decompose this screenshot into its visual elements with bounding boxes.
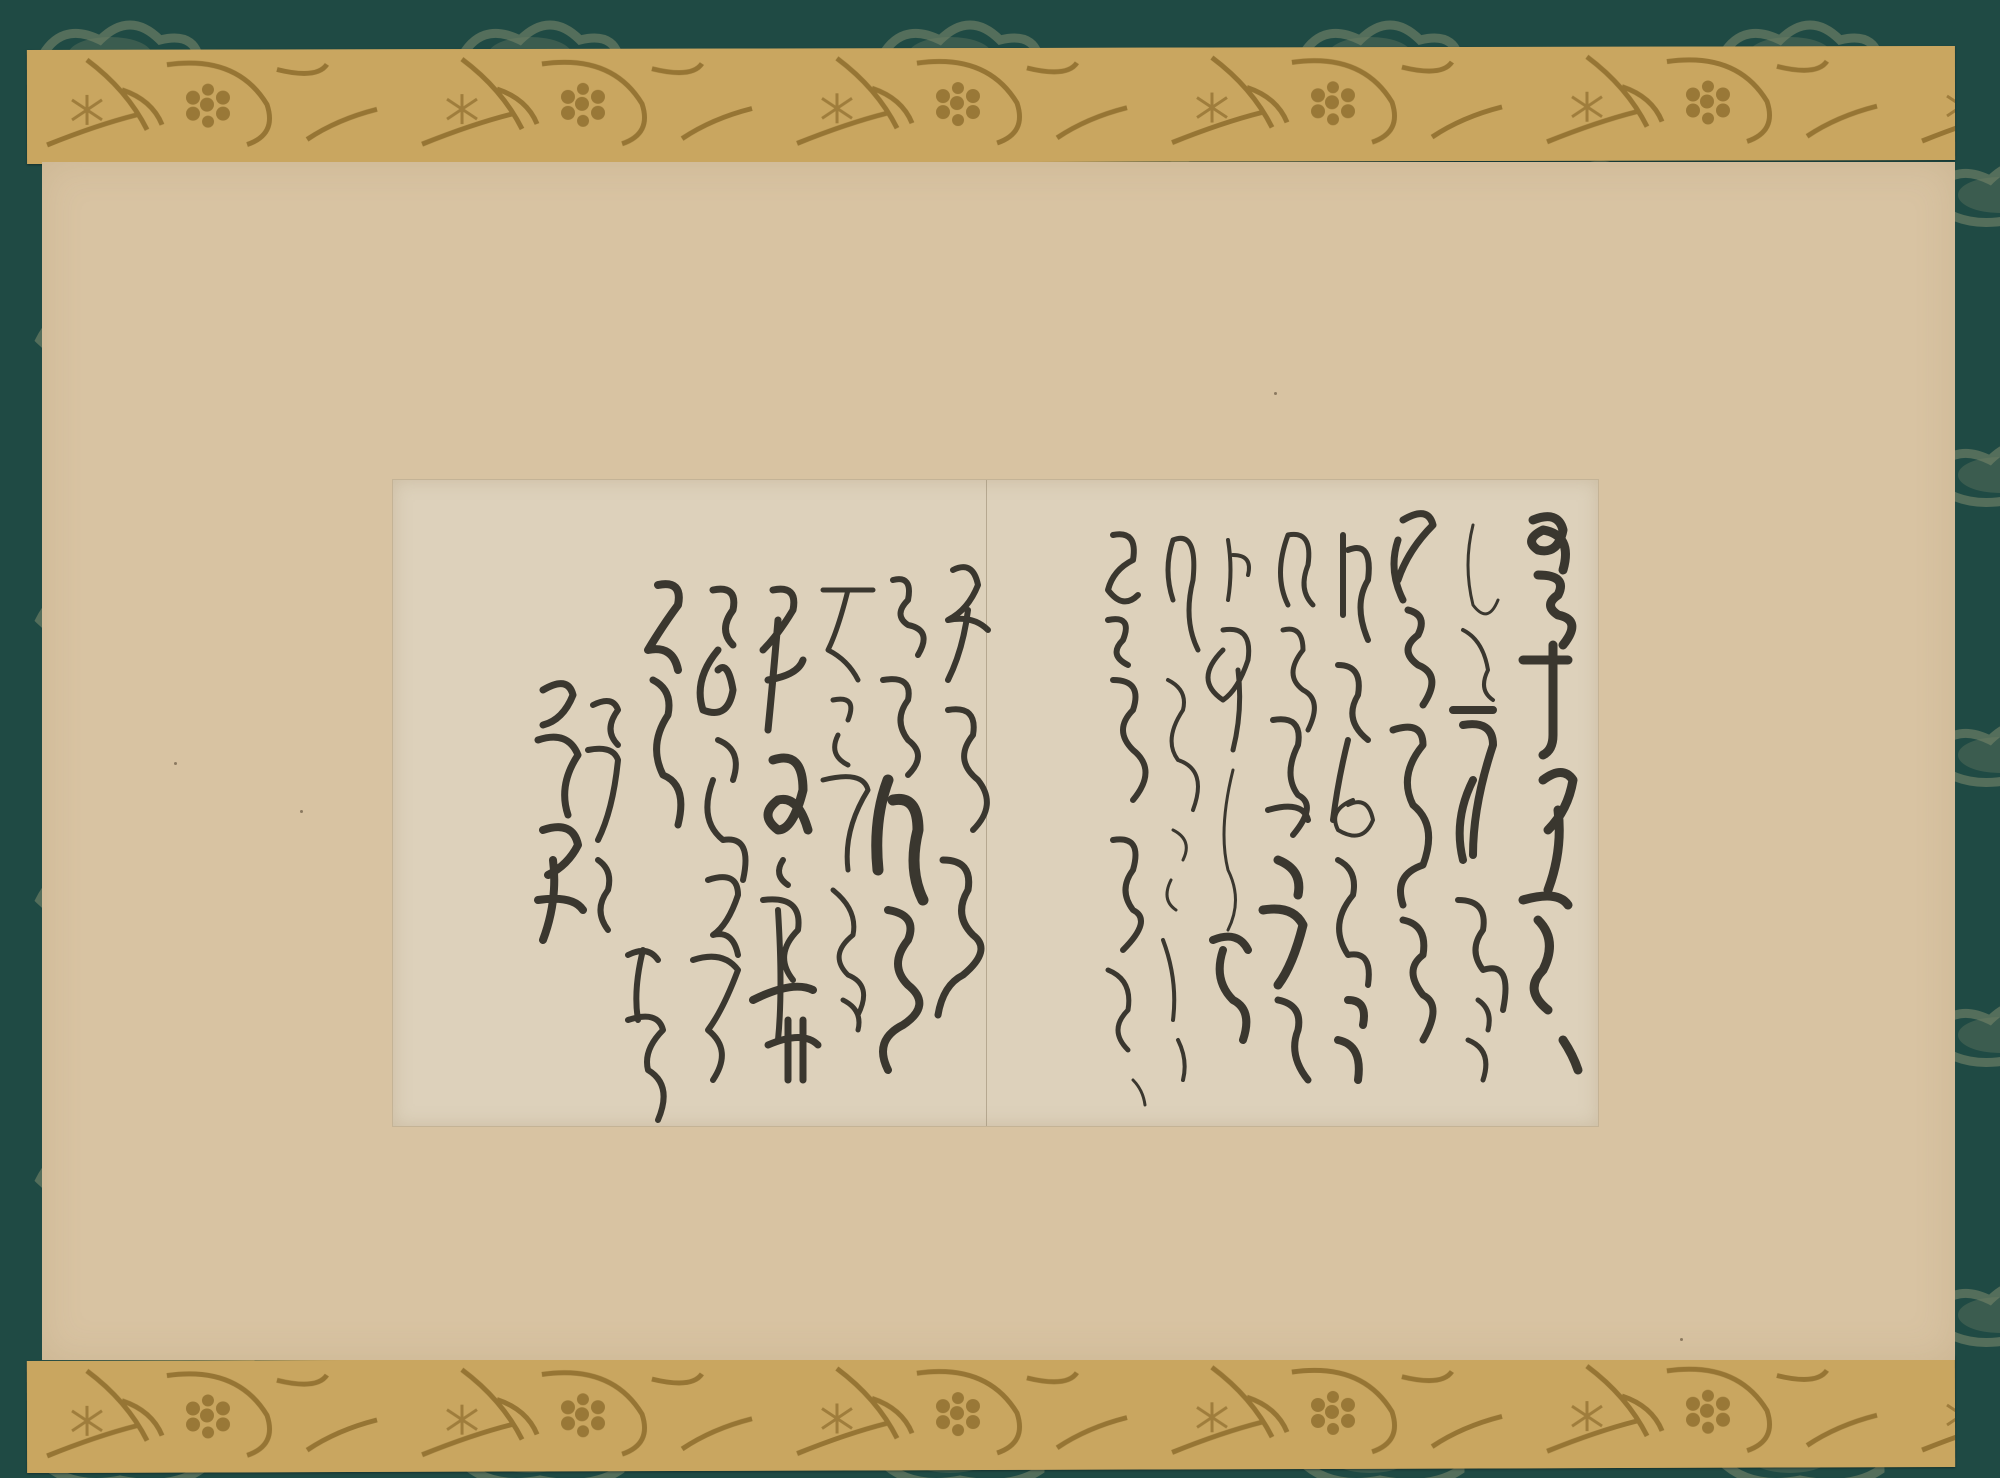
column-8 xyxy=(1108,534,1146,1105)
bamboo-flower-motif-pattern xyxy=(27,46,1955,164)
column-2 xyxy=(1453,525,1506,1080)
column-15 xyxy=(588,701,618,930)
column-10 xyxy=(877,579,924,1070)
column-9 xyxy=(938,567,988,1015)
column-3 xyxy=(1393,514,1433,1040)
paper-speck xyxy=(174,762,177,765)
scroll-artwork: Mounted cursive-script letter in teal an… xyxy=(0,0,2000,1478)
signature xyxy=(628,950,664,1120)
column-4 xyxy=(1333,535,1373,1080)
paper-speck xyxy=(300,810,303,813)
column-14 xyxy=(648,584,681,825)
top-gold-brocade-band xyxy=(27,46,1955,164)
bamboo-flower-motif-pattern xyxy=(27,1355,1955,1473)
calligraphy-letter xyxy=(392,479,1599,1127)
column-13 xyxy=(693,589,746,1080)
paper-speck xyxy=(1680,1338,1683,1341)
column-1 xyxy=(1523,517,1578,1070)
column-6 xyxy=(1208,540,1249,1040)
paper-speck xyxy=(1274,392,1277,395)
column-5 xyxy=(1263,534,1314,1080)
column-12 xyxy=(753,589,818,1080)
column-7 xyxy=(1163,538,1198,1080)
bottom-gold-brocade-band xyxy=(27,1355,1955,1473)
cursive-calligraphy xyxy=(393,480,1598,1126)
column-11 xyxy=(823,590,873,1030)
column-16 xyxy=(538,684,583,940)
